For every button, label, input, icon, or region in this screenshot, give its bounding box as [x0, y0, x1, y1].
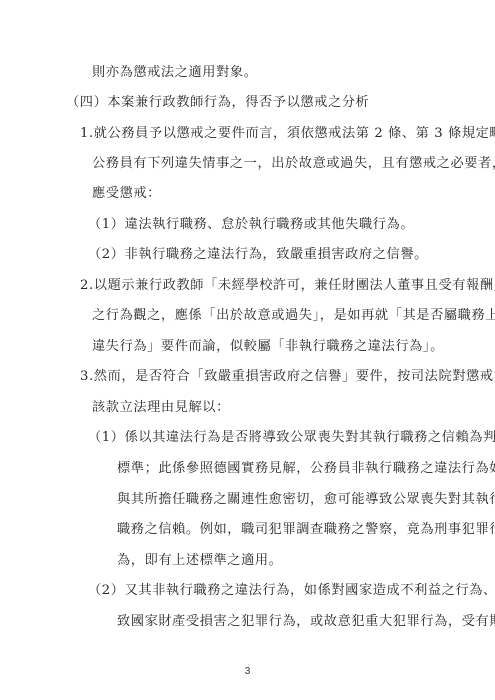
list-item-1: 1.就公務員予以懲戒之要件而言，須依懲戒法第 2 條、第 3 條規定略以， — [80, 126, 495, 142]
text-line: 致國家財產受損害之犯罪行為，或故意犯重大犯罪行為，受有期 — [117, 614, 495, 630]
page-number: 3 — [0, 666, 495, 677]
sub-item-2: （2）又其非執行職務之違法行為，如係對國家造成不利益之行為、導 — [88, 583, 495, 599]
sub-item-2: （2）非執行職務之違法行為，致嚴重損害政府之信譽。 — [88, 247, 428, 263]
sub-item-1: （1）係以其違法行為是否將導致公眾喪失對其執行職務之信賴為判斷 — [88, 430, 495, 446]
document-page: 則亦為懲戒法之適用對象。 （四）本案兼行政教師行為，得否予以懲戒之分析 1.就公… — [0, 0, 495, 700]
section-heading: （四）本案兼行政教師行為，得否予以懲戒之分析 — [66, 95, 369, 111]
list-item-3: 3.然而，是否符合「致嚴重損害政府之信譽」要件，按司法院對懲戒法 — [80, 369, 495, 385]
text-line: 則亦為懲戒法之適用對象。 — [92, 65, 257, 81]
text-line: 與其所擔任職務之關連性愈密切，愈可能導致公眾喪失對其執行 — [117, 492, 495, 508]
text-line: 標準；此係參照德國實務見解，公務員非執行職務之違法行為如 — [117, 461, 495, 477]
list-item-2: 2.以題示兼行政教師「未經學校許可，兼任財團法人董事且受有報酬」 — [80, 278, 495, 294]
text-line: 職務之信賴。例如，職司犯罪調查職務之警察，竟為刑事犯罪行 — [117, 522, 495, 538]
text-line: 違失行為」要件而論，似較屬「非執行職務之違法行為」。 — [92, 339, 444, 355]
text-line: 公務員有下列違失情事之一，出於故意或過失，且有懲戒之必要者， — [92, 156, 495, 172]
text-line: 之行為觀之，應係「出於故意或過失」，是如再就「其是否屬職務上 — [92, 308, 495, 324]
text-line: 應受懲戒： — [92, 186, 161, 202]
sub-item-1: （1）違法執行職務、怠於執行職務或其他失職行為。 — [88, 217, 414, 233]
text-line: 該款立法理由見解以： — [92, 400, 230, 416]
text-line: 為，即有上述標準之適用。 — [117, 553, 282, 569]
